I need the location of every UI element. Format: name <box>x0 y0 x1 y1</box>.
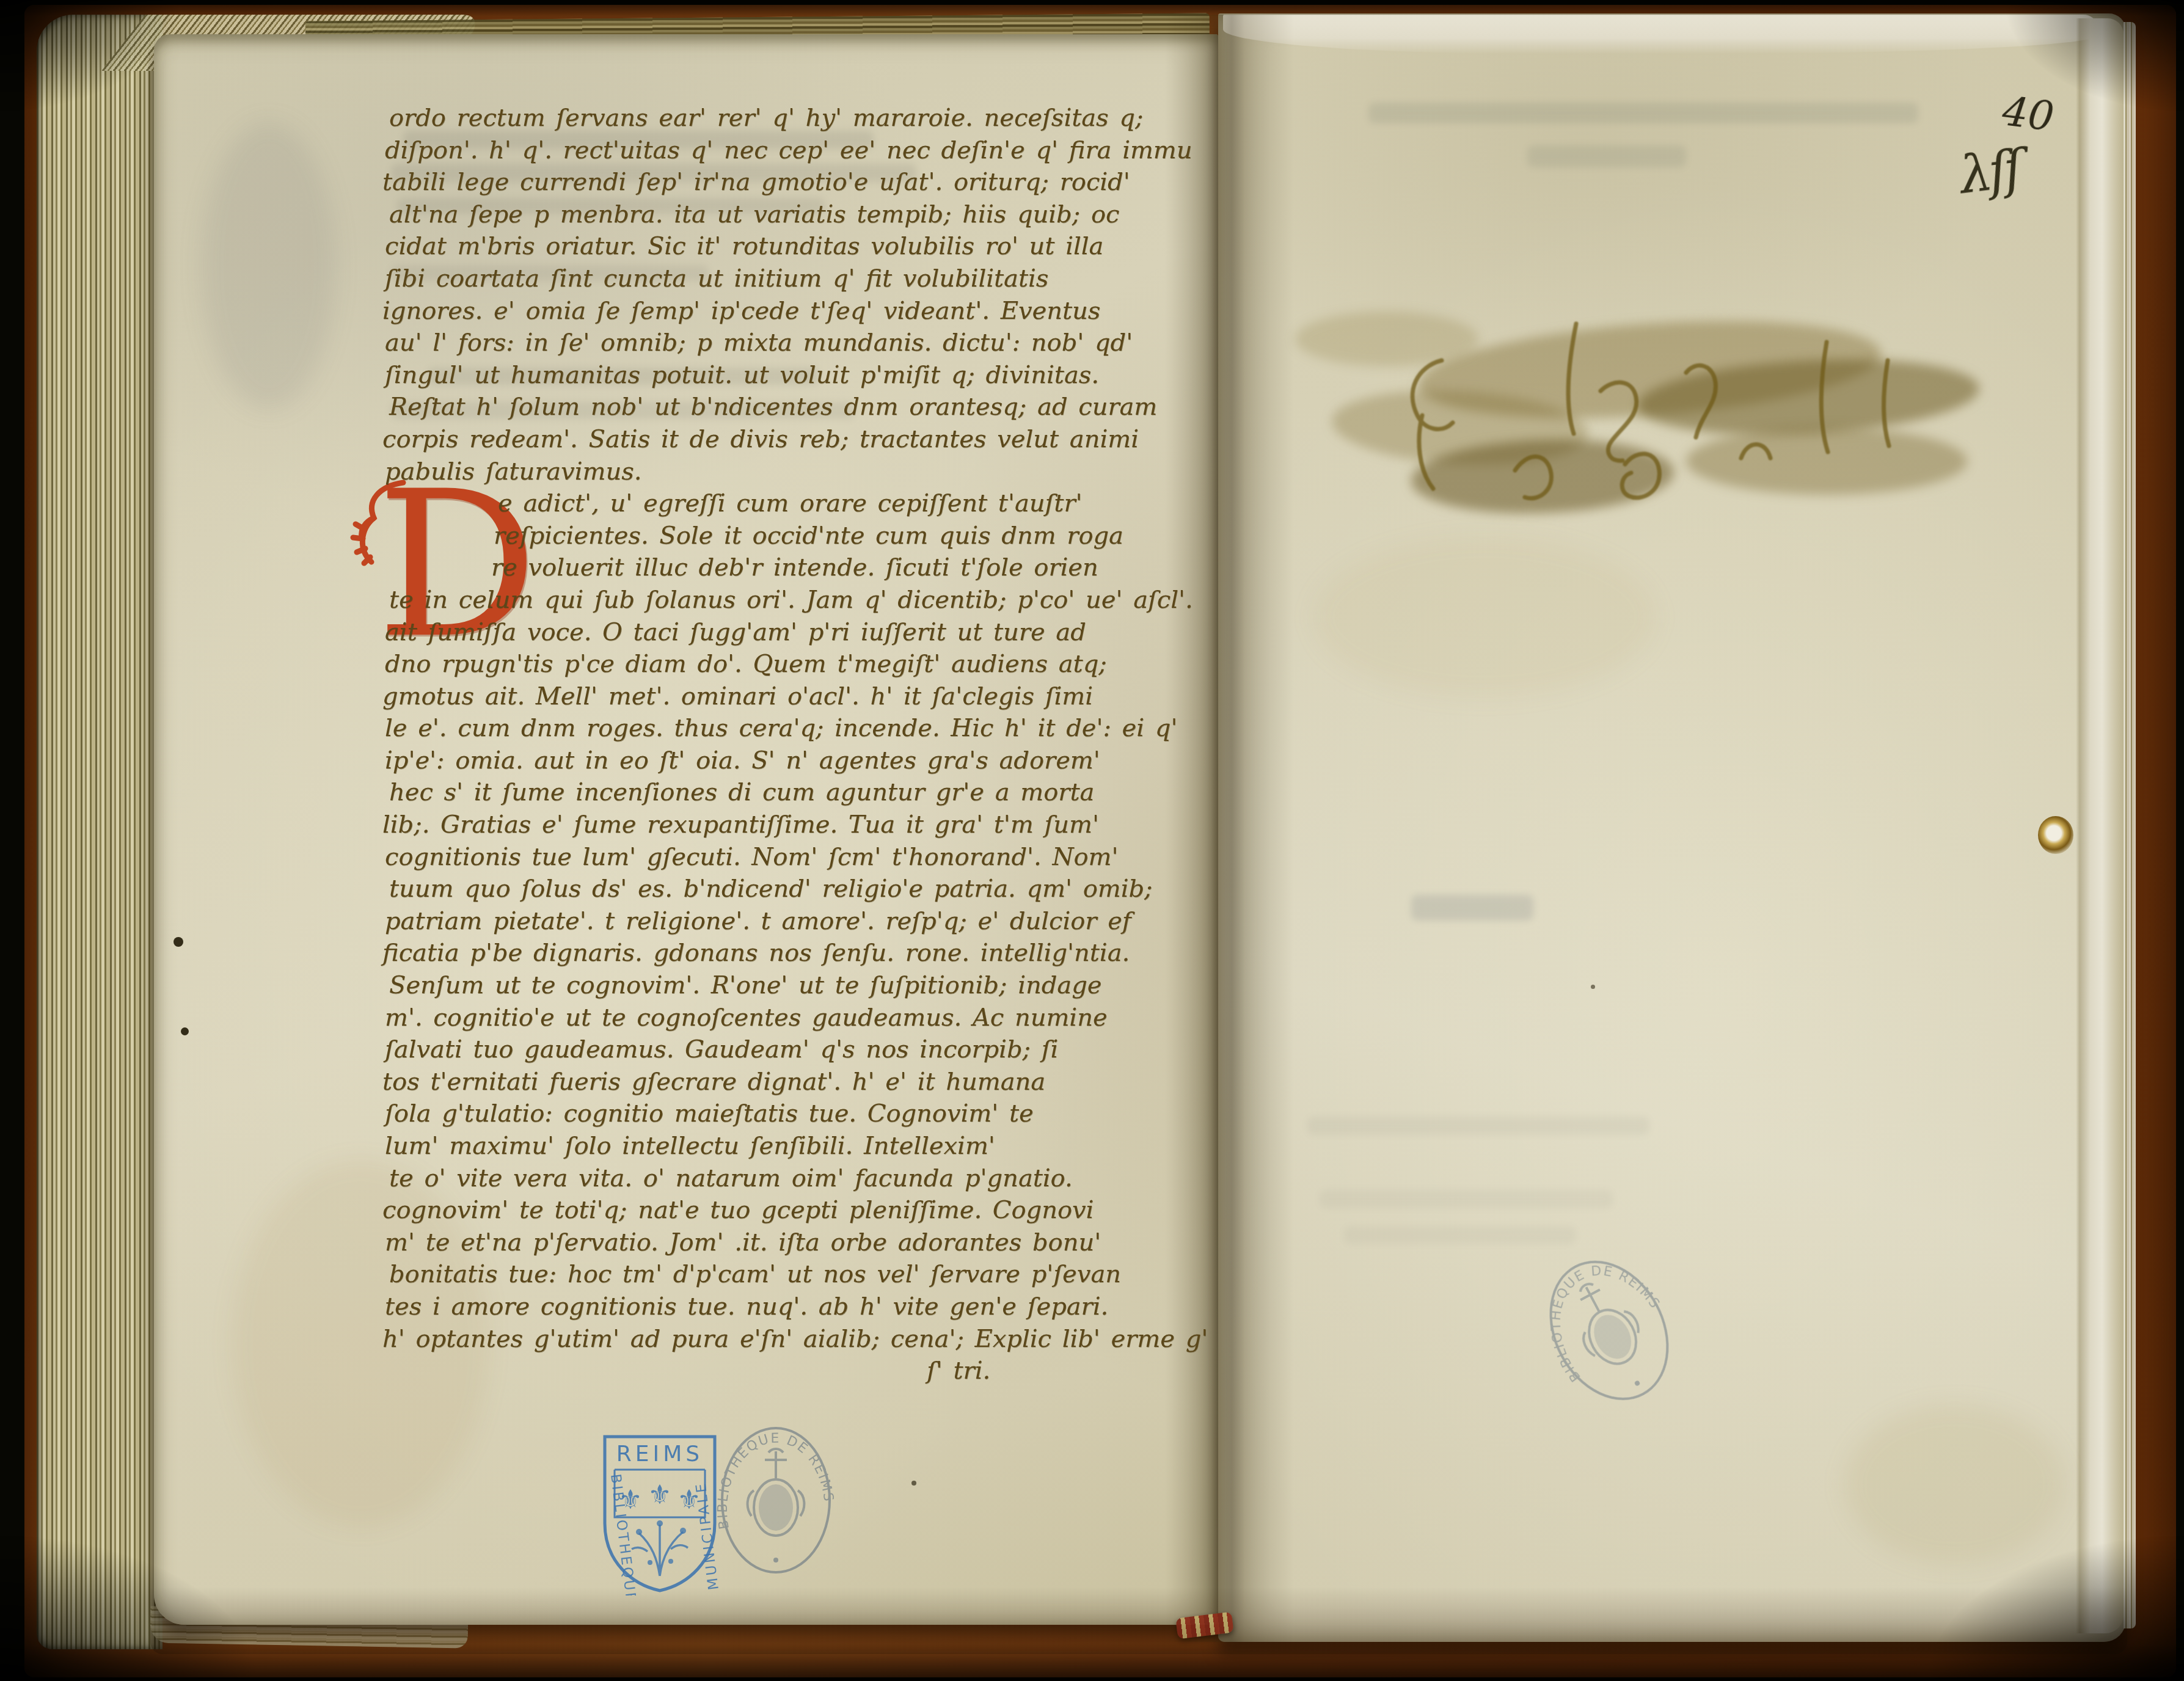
wormhole <box>2038 816 2073 854</box>
left-leaf-edges <box>37 15 163 1649</box>
manuscript-line: ſibi coartata ſint cuncta ut initium q' … <box>385 264 1197 297</box>
show-through-text <box>1527 145 1686 167</box>
manuscript-line: alt'na ſepe p menbra. ita ut variatis te… <box>389 200 1197 233</box>
ink-speck <box>1591 985 1595 989</box>
gray-streak <box>202 122 336 409</box>
manuscript-line: e adict', u' egreſſi cum orare cepiſſent… <box>389 489 1197 522</box>
manuscript-line: ficatia p'be dignaris. gdonans nos ſenſu… <box>382 939 1197 971</box>
stamp-berries <box>636 1520 686 1565</box>
manuscript-line: ſola g'tulatio: cognitio maieſtatis tue.… <box>385 1099 1197 1132</box>
right-page <box>1218 13 2126 1642</box>
manuscript-line: cognitionis tue lum' gſecuti. Nom' ſcm' … <box>385 843 1197 875</box>
manuscript-line: te o' vite vera vita. o' natarum oim' fa… <box>389 1164 1197 1197</box>
inscription-stroke-remnants <box>1258 287 1918 544</box>
manuscript-line: Senſum ut te cognovim'. R'one' ut te ſuſ… <box>389 971 1197 1004</box>
manuscript-line: diſpon'. h' q'. rect'uitas q' nec cep' e… <box>385 136 1197 169</box>
library-stamp-oval: BIBLIOTHEQUE DE REIMS <box>716 1422 836 1578</box>
manuscript-line: ſalvati tuo gaudeamus. Gaudeam' q's nos … <box>385 1035 1197 1068</box>
manuscript-line: lum' maximu' ſolo intellectu ſenſibili. … <box>385 1132 1197 1164</box>
manuscript-line: ordo rectum ſervans ear' rer' q' hy' mar… <box>389 104 1197 136</box>
manuscript-line: cognovim' te toti'q; nat'e tuo gcepti pl… <box>382 1196 1197 1228</box>
manuscript-line: m'. cognitio'e ut te cognoſcentes gaudea… <box>385 1004 1197 1036</box>
parchment-stain <box>1313 538 1656 696</box>
show-through-text <box>1368 103 1918 123</box>
manuscript-line: h' optantes g'utim' ad pura e'ſn' aialib… <box>382 1325 1197 1357</box>
library-stamp-shield: REIMS ⚜ ⚜ ⚜ BIBLIOTHEQUE MUNICIPALE <box>599 1432 721 1595</box>
parchment-stain <box>1845 1405 2065 1564</box>
manuscript-line: bonitatis tue: hoc tm' d'p'cam' ut nos v… <box>389 1260 1197 1293</box>
manuscript-line: ſ' tri. <box>389 1357 1197 1389</box>
manuscript-line: lib;. Gratias e' ſume rexupantiſſime. Tu… <box>382 811 1197 843</box>
stamp-city-label: REIMS <box>616 1442 703 1467</box>
wormhole-small <box>181 1027 189 1035</box>
manuscript-line: hec s' it ſume incenſiones di cum aguntu… <box>389 778 1197 811</box>
folio-number: 40 <box>2000 87 2057 140</box>
manuscript-line: reſpicientes. Sole it occid'nte cum quis… <box>385 522 1197 554</box>
right-fore-edge-leaves <box>2124 22 2136 1628</box>
show-through-text <box>1320 1190 1613 1208</box>
show-through-text <box>1411 895 1533 921</box>
manuscript-photo: D ordo rectum ſervans ear' rer' q' hy' m… <box>0 0 2184 1681</box>
manuscript-line: ait ſumiſſa voce. O taci ſugg'am' p'ri i… <box>385 618 1197 651</box>
manuscript-line: patriam pietate'. t religione'. t amore'… <box>385 907 1197 939</box>
manuscript-line: tes i amore cognitionis tue. nuq'. ab h'… <box>385 1293 1197 1325</box>
manuscript-line: gmotus ait. Mell' met'. ominari o'acl'. … <box>382 682 1197 715</box>
manuscript-line: pabulis ſaturavimus. <box>385 458 1197 490</box>
manuscript-line: corpis redeam'. Satis it de divis reb; t… <box>382 425 1197 458</box>
manuscript-line: ip'e': omia. aut in eo ſt' oia. S' n' ag… <box>385 746 1197 779</box>
wormhole-small <box>173 937 183 947</box>
manuscript-line: tabili lege currendi ſep' ir'na gmotio'e… <box>382 168 1197 200</box>
manuscript-line: ſingul' ut humanitas potuit. ut voluit p… <box>385 361 1197 393</box>
manuscript-line: dno rpugn'tis p'ce diam do'. Quem t'megi… <box>385 650 1197 682</box>
text-block: D ordo rectum ſervans ear' rer' q' hy' m… <box>385 104 1197 1389</box>
manuscript-line: au' l' fors: in ſe' omnib; p mixta munda… <box>385 329 1197 361</box>
old-foliation-mark: λſſ <box>1956 138 2023 205</box>
show-through-text <box>1307 1117 1649 1135</box>
manuscript-line: tos t'ernitati fueris gſecrare dignat'. … <box>382 1068 1197 1100</box>
erased-inscription <box>1258 287 1918 544</box>
right-page-top-edge <box>1223 15 2097 54</box>
show-through-text <box>1344 1227 1576 1244</box>
manuscript-line: ignores. e' omia ſe ſemp' ip'cede t'ſeq'… <box>382 297 1197 329</box>
right-page-fore-edge <box>2076 18 2124 1633</box>
manuscript-line: re voluerit illuc deb'r intende. ſicuti … <box>382 553 1197 586</box>
manuscript-line: m' te et'na p'ſervatio. Jom' .it. iſta o… <box>385 1228 1197 1261</box>
manuscript-line: tuum quo ſolus ds' es. b'ndicend' religi… <box>389 875 1197 907</box>
ink-speck <box>911 1481 916 1486</box>
manuscript-line: te in celum qui ſub ſolanus ori'. Jam q'… <box>389 586 1197 618</box>
manuscript-line: le e'. cum dnm roges. thus cera'q; incen… <box>385 714 1197 746</box>
fleur-de-lis-icon: ⚜ <box>648 1479 671 1511</box>
manuscript-line: cidat m'bris oriatur. Sic it' rotunditas… <box>385 232 1197 264</box>
manuscript-line: Reſtat h' ſolum nob' ut b'ndicentes dnm … <box>389 393 1197 425</box>
